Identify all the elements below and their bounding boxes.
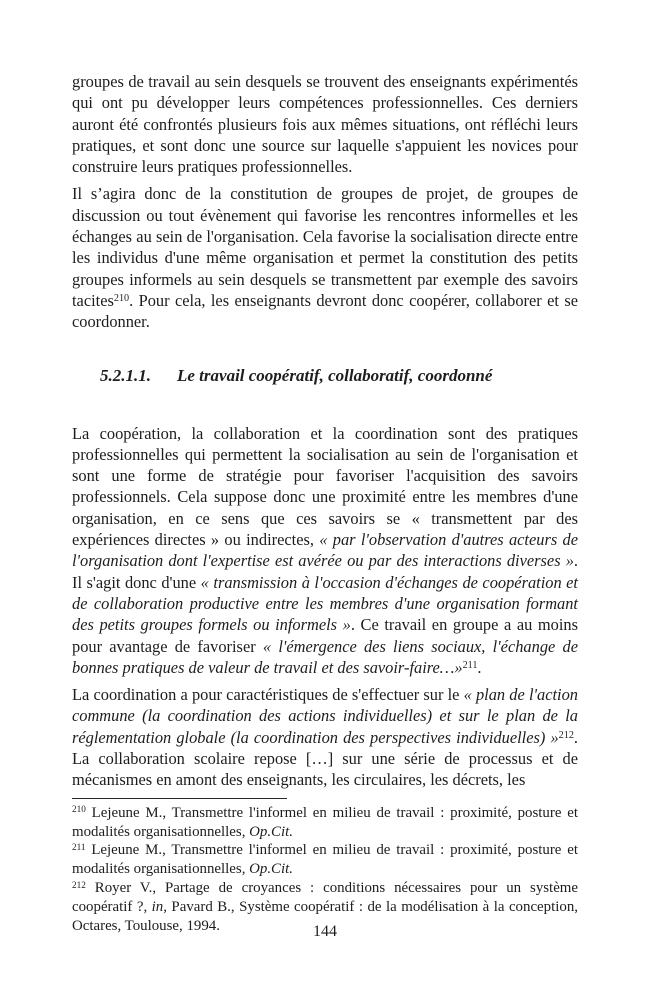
footnote-separator-rule: [72, 798, 287, 799]
text-segment: Lejeune M., Transmettre l'informel en mi…: [72, 805, 578, 840]
text-segment: La coordination a pour caractéristiques …: [72, 685, 464, 704]
text-segment: . Pour cela, les enseignants devront don…: [72, 291, 578, 331]
footnote-reference: 211: [72, 842, 86, 852]
footnote: 211 Lejeune M., Transmettre l'informel e…: [72, 841, 578, 879]
body-paragraph: La coordination a pour caractéristiques …: [72, 684, 578, 790]
body-paragraph: groupes de travail au sein desquels se t…: [72, 71, 578, 177]
body-paragraph: Il s’agira donc de la constitution de gr…: [72, 183, 578, 332]
footnotes-section: 210 Lejeune M., Transmettre l'informel e…: [72, 804, 578, 936]
section-heading: 5.2.1.1.Le travail coopératif, collabora…: [72, 365, 578, 387]
footnote-reference: 212: [559, 730, 574, 741]
section-number: 5.2.1.1.: [100, 365, 177, 387]
text-segment: Lejeune M., Transmettre l'informel en mi…: [72, 842, 578, 877]
footnote-reference: 210: [72, 804, 86, 814]
text-segment: .: [477, 658, 481, 677]
text-segment: in,: [152, 899, 167, 915]
footnote: 210 Lejeune M., Transmettre l'informel e…: [72, 804, 578, 842]
footnote-reference: 212: [72, 880, 86, 890]
page-content: groupes de travail au sein desquels se t…: [72, 71, 578, 936]
document-page: groupes de travail au sein desquels se t…: [0, 0, 650, 1007]
section-title: Le travail coopératif, collaboratif, coo…: [177, 366, 492, 385]
text-segment: Op.Cit.: [249, 824, 293, 840]
text-segment: groupes de travail au sein desquels se t…: [72, 72, 578, 176]
text-segment: Op.Cit.: [249, 861, 293, 877]
body-paragraph: La coopération, la collaboration et la c…: [72, 423, 578, 679]
footnote-reference: 210: [114, 293, 129, 304]
page-number: 144: [0, 923, 650, 941]
footnote-reference: 211: [463, 660, 478, 671]
